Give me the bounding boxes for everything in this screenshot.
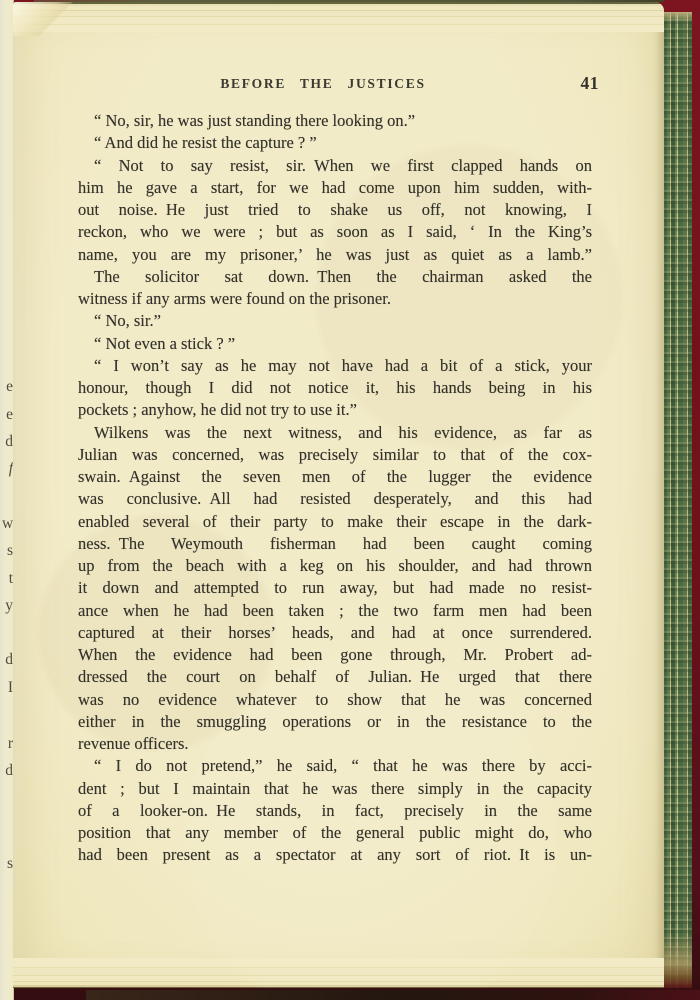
text-line: either in the smuggling operations or in…	[78, 711, 592, 733]
text-line: revenue officers.	[78, 733, 592, 755]
text-line: it down and attempted to run away, but h…	[78, 577, 592, 599]
text-line: him he gave a start, for we had come upo…	[78, 177, 592, 199]
edge-letter-fragment: I	[2, 680, 13, 695]
text-line: was no evidence whatever to show that he…	[78, 689, 592, 711]
page-corner-fold	[13, 2, 77, 36]
text-line: position that any member of the general …	[78, 822, 592, 844]
text-line: When the evidence had been gone through,…	[78, 644, 592, 666]
text-line: dressed the court on behalf of Julian. H…	[78, 666, 592, 688]
edge-letter-fragment: e	[2, 379, 13, 394]
text-line: “ Not to say resist, sir. When we first …	[78, 155, 592, 177]
edge-letter-fragment: t	[2, 571, 13, 586]
running-header: BEFORE THE JUSTICES 41	[78, 76, 592, 96]
edge-letter-fragment: w	[2, 516, 13, 531]
text-line: out noise. He just tried to shake us off…	[78, 199, 592, 221]
bottom-cover-shadow	[86, 990, 700, 1000]
text-line: The solicitor sat down. Then the chairma…	[78, 266, 592, 288]
text-line: dent ; but I maintain that he was there …	[78, 778, 592, 800]
edge-letter-fragment: d	[2, 652, 13, 667]
edge-letter-fragment: f	[2, 461, 13, 476]
text-line: captured at their horses’ heads, and had…	[78, 622, 592, 644]
text-line: “ I do not pretend,” he said, “ that he …	[78, 755, 592, 777]
text-line: pockets ; anyhow, he did not try to use …	[78, 399, 592, 421]
text-line: “ And did he resist the capture ? ”	[78, 132, 592, 154]
text-line: ness. The Weymouth fisherman had been ca…	[78, 533, 592, 555]
text-line: reckon, who we were ; but as soon as I s…	[78, 221, 592, 243]
edge-letter-fragment: e	[2, 407, 13, 422]
facing-page-edge: eedfwstydIrds	[0, 0, 14, 1000]
text-line: “ No, sir, he was just standing there lo…	[78, 110, 592, 132]
text-body: “ No, sir, he was just standing there lo…	[78, 110, 592, 867]
fore-edge-green-pages	[664, 12, 692, 988]
page-stack-bottom-edge	[13, 950, 664, 988]
running-title: BEFORE THE JUSTICES	[66, 76, 580, 92]
edge-letter-fragment: d	[2, 763, 13, 778]
text-line: swain. Against the seven men of the lugg…	[78, 466, 592, 488]
book-page: BEFORE THE JUSTICES 41 “ No, sir, he was…	[13, 2, 664, 988]
text-line: “ I won’t say as he may not have had a b…	[78, 355, 592, 377]
text-line: had been present as a spectator at any s…	[78, 844, 592, 866]
text-line: “ Not even a stick ? ”	[78, 333, 592, 355]
edge-letter-fragment: r	[2, 736, 13, 751]
top-edge-dark-line	[34, 0, 664, 2]
text-line: Julian was concerned, was precisely simi…	[78, 444, 592, 466]
text-line: ance when he had been taken ; the two fa…	[78, 600, 592, 622]
edge-letter-fragment: d	[2, 434, 13, 449]
edge-letter-fragment: y	[2, 598, 13, 613]
edge-letter-fragment: s	[2, 543, 13, 558]
text-line: was conclusive. All had resisted despera…	[78, 488, 592, 510]
page-content: BEFORE THE JUSTICES 41 “ No, sir, he was…	[78, 2, 592, 867]
text-line: “ No, sir.”	[78, 310, 592, 332]
text-line: of a looker-on. He stands, in fact, prec…	[78, 800, 592, 822]
scanned-book-page-photo: eedfwstydIrds BEFORE THE JUSTICES 41 “ N…	[0, 0, 700, 1000]
text-line: enabled several of their party to make t…	[78, 511, 592, 533]
text-line: honour, though I did not notice it, his …	[78, 377, 592, 399]
text-line: witness if any arms were found on the pr…	[78, 288, 592, 310]
page-number: 41	[581, 73, 600, 94]
text-line: up from the beach with a keg on his shou…	[78, 555, 592, 577]
text-line: name, you are my prisoner,’ he was just …	[78, 244, 592, 266]
text-line: Wilkens was the next witness, and his ev…	[78, 422, 592, 444]
edge-letter-fragment: s	[2, 856, 13, 871]
